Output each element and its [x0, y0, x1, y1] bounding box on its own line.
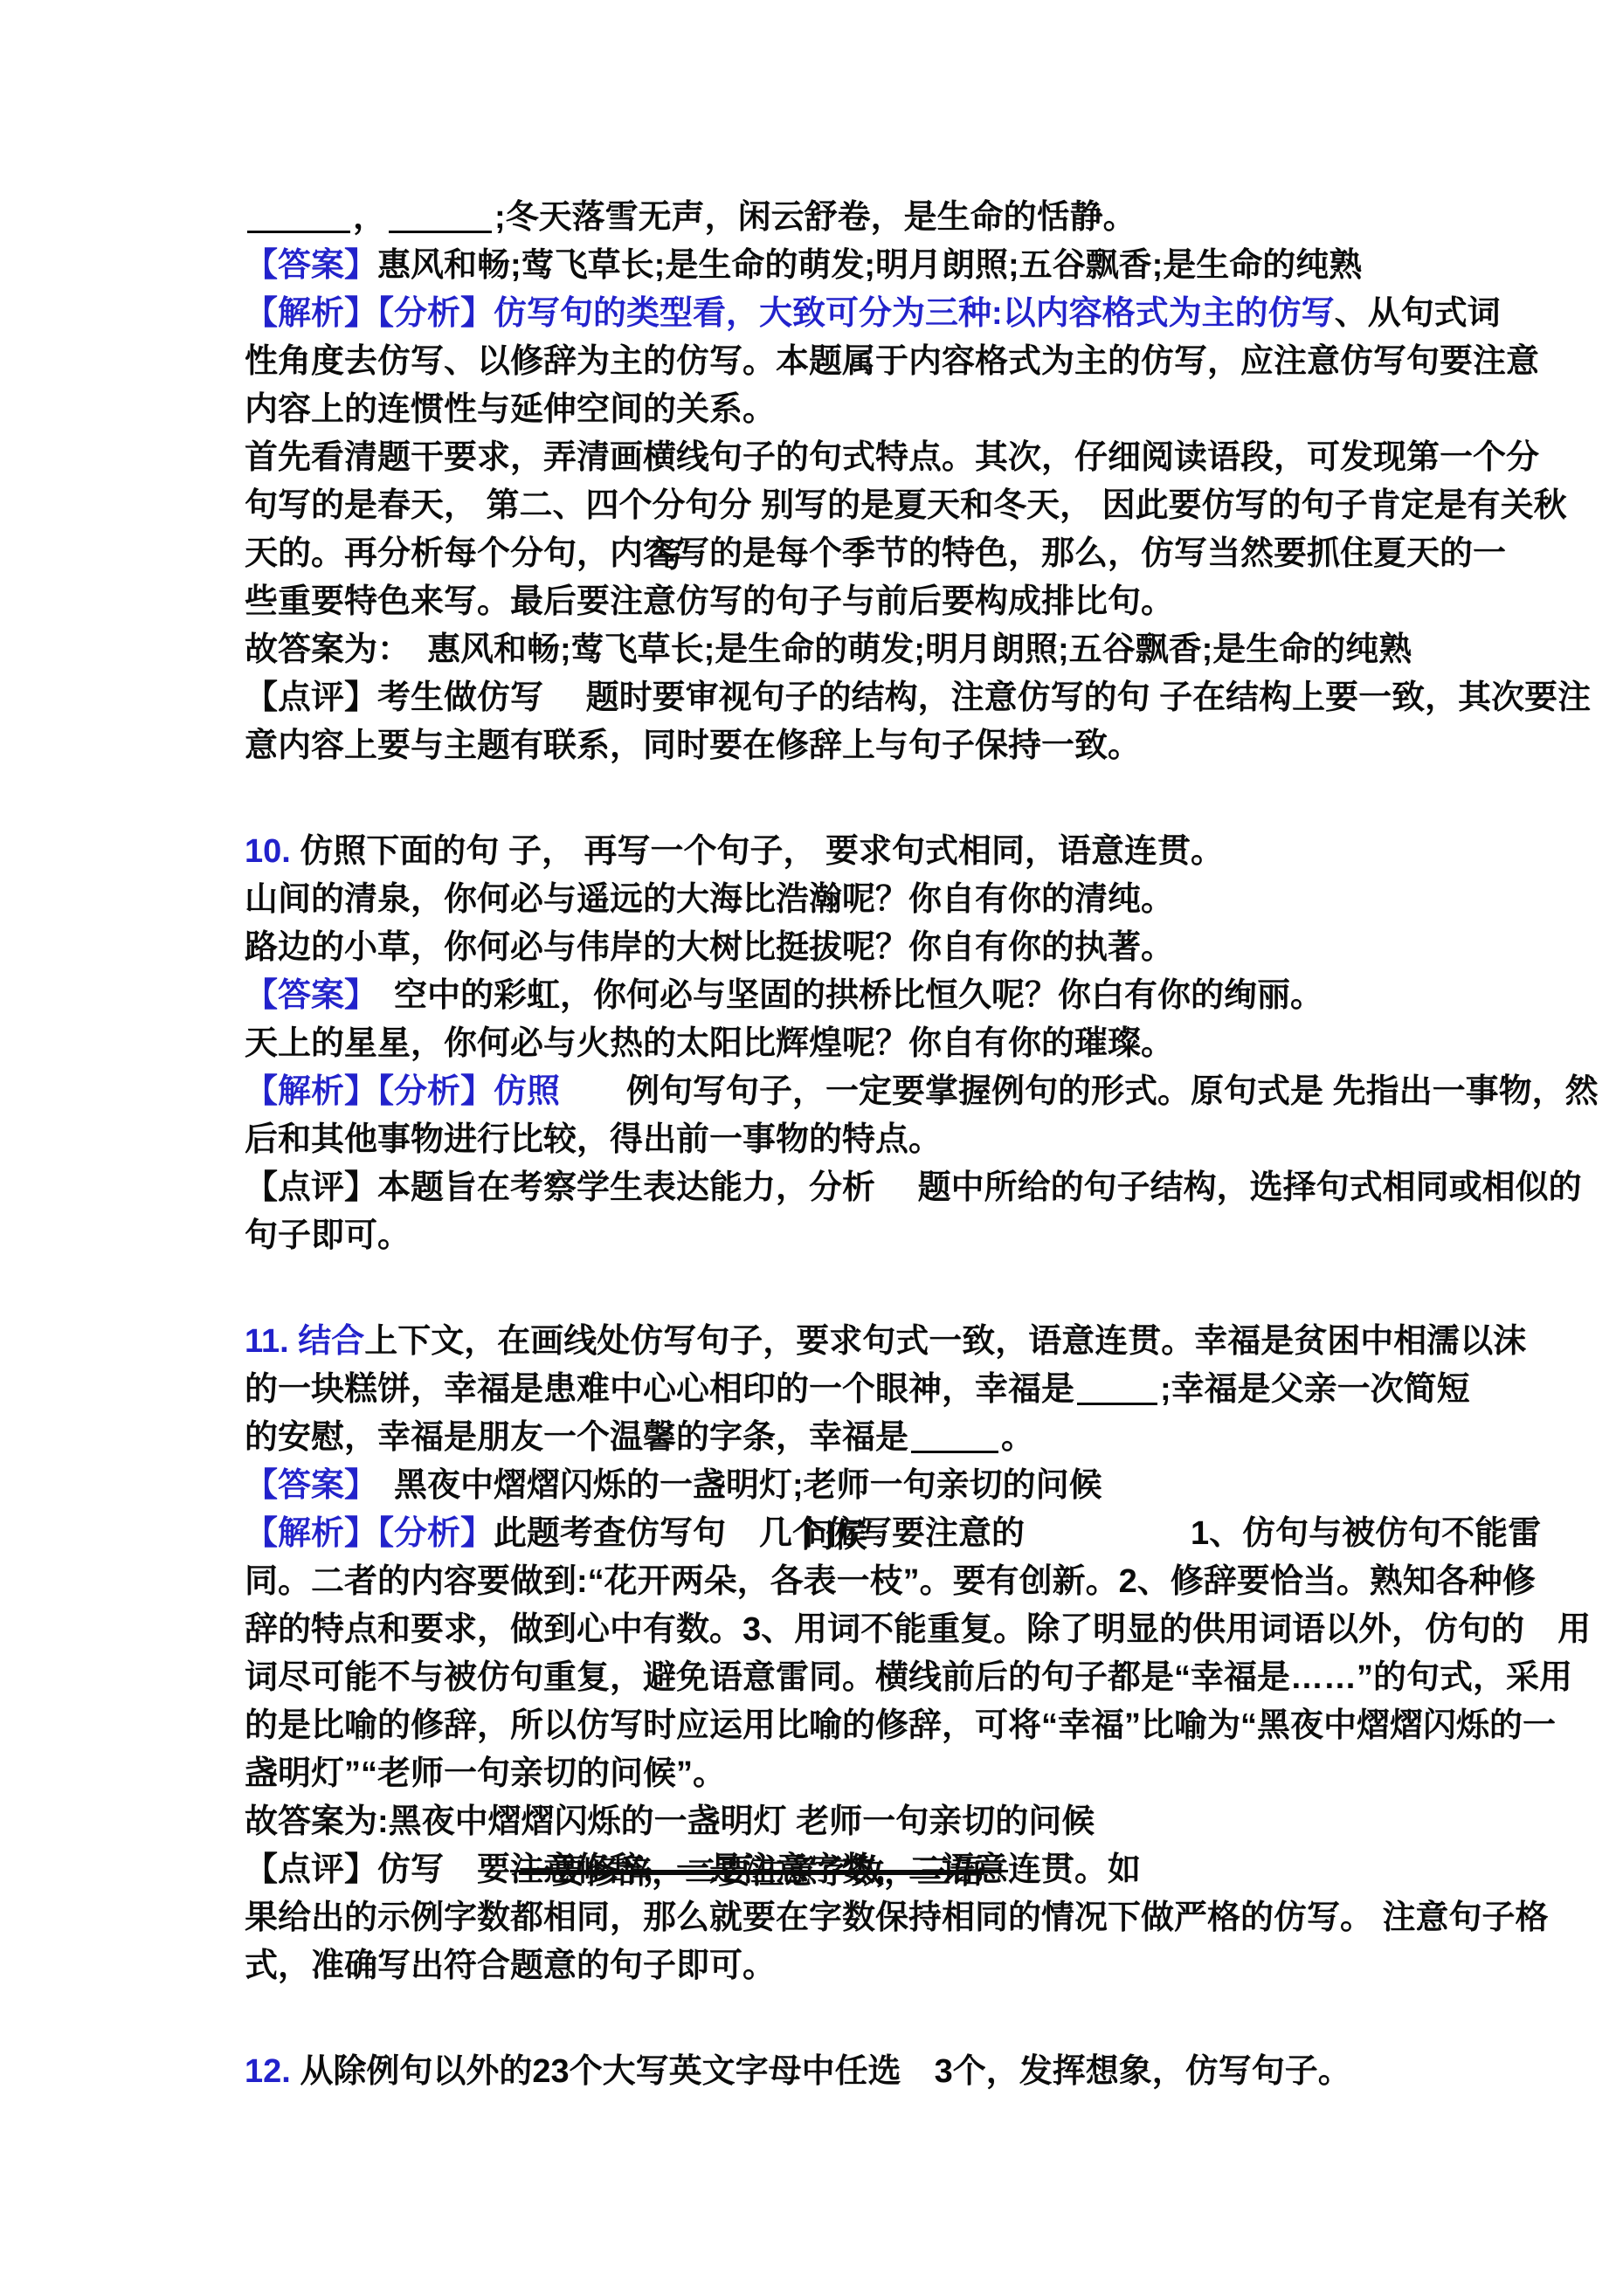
question-number: 12. [245, 2053, 291, 2090]
blank-underline [911, 1428, 998, 1453]
question-number: 11. 结合 [245, 1323, 364, 1360]
blank-underline [1077, 1380, 1157, 1405]
text-line: 内容上的连惯性与延伸空间的关系。 [245, 386, 1468, 434]
blank-underline [389, 208, 492, 233]
text-run: 仿照下面的句 子， 再写一个句子， 要求句式相同，语意连贯。 [291, 833, 1224, 870]
text-line: 的一块糕饼，幸福是患难中心心相印的一个眼神，幸福是;幸福是父亲一次简短 [245, 1366, 1468, 1414]
text-run: 的一块糕饼，幸福是患难中心心相印的一个眼神，幸福是 [245, 1371, 1074, 1408]
overlap-top-text: 问候 [801, 1513, 867, 1561]
text-line: 些重要特色来写。最后要注意仿写的句子与前后要构成排比句。 [245, 578, 1468, 626]
analysis-label: 【解析】【分析】仿照 [245, 1073, 560, 1110]
text-run: ;冬天落雪无声，闲云舒卷，是生命的恬静。 [494, 199, 1136, 236]
text-run: 句写的是春天， 第二、四个分句分 别写的是夏天和冬天， 因此要仿写的句子肯定是有… [245, 487, 1567, 524]
text-run: 上下文，在画线处仿写句子，要求句式一致，语意连贯。幸福是贫困中相濡以沫 [364, 1323, 1526, 1360]
text-line: 【点评】本题旨在考察学生表达能力，分析 题中所给的句子结构，选择句式相同或相似的 [245, 1164, 1468, 1212]
text-line: 的是比喻的修辞，所以仿写时应运用比喻的修辞，可将“幸福”比喻为“黑夜中熠熠闪烁的… [245, 1702, 1468, 1750]
analysis-label: 【解析】【分析】仿写句的类型看，大致可分为三种:以内容格式为主的仿写 [245, 295, 1335, 332]
text-line: 天上的星星，你何必与火热的太阳比辉煌呢？你自有你的璀璨。 [245, 1020, 1468, 1068]
text-run: 句子即可。 [245, 1217, 411, 1254]
garbled-overlap-text: 容写 [643, 530, 676, 578]
text-run: ;幸福是父亲一次简短 [1160, 1371, 1470, 1408]
text-run: 写要注意的 1、仿句与被仿句不能雷 [859, 1515, 1541, 1552]
text-run: 连贯。如 [1008, 1851, 1141, 1888]
text-run: 的是比喻的修辞，所以仿写时应运用比喻的修辞，可将“幸福”比喻为“黑夜中熠熠闪烁的… [245, 1707, 1556, 1744]
text-run: 意内容上要与主题有联系，同时要在修辞上与句子保持一致。 [245, 727, 1141, 764]
text-line: 天的。再分析每个分句，内容写写的是每个季节的特色，那么，仿写当然要抓住夏天的一 [245, 530, 1468, 578]
text-line: 山间的清泉，你何必与遥远的大海比浩瀚呢？你自有你的清纯。 [245, 876, 1468, 924]
text-line: 10. 仿照下面的句 子， 再写一个句子， 要求句式相同，语意连贯。 [245, 828, 1468, 876]
comment-label: 【点评】仿写 要 [245, 1851, 510, 1888]
text-line: 同。二者的内容要做到:“花开两朵，各表一枝”。要有创新。2、修辞要恰当。熟知各种… [245, 1558, 1468, 1606]
text-line: 【解析】【分析】仿写句的类型看，大致可分为三种:以内容格式为主的仿写、从句式词 [245, 290, 1468, 338]
document-body: ，;冬天落雪无声，闲云舒卷，是生命的恬静。【答案】惠风和畅;莺飞草长;是生命的萌… [245, 194, 1468, 2096]
text-run: 题时要审视句子的结构，注意仿写的句 子在结构上要一致，其次要注 [543, 679, 1591, 716]
analysis-label: 【解析】【分析】 [245, 1515, 494, 1552]
text-line: 词尽可能不与被仿句重复，避免语意雷同。横线前后的句子都是“幸福是……”的句式，采… [245, 1654, 1468, 1702]
text-run: 题中所给的句子结构，选择句式相同或相似的 [875, 1169, 1582, 1206]
text-line: 果给出的示例字数都相同，那么就要在字数保持相同的情况下做严格的仿写。 注意句子格 [245, 1894, 1468, 1942]
text-run: 内容上的连惯性与延伸空间的关系。 [245, 391, 776, 428]
text-run: 写的是每个季节的特色，那么，仿写当然要抓住夏天的一 [676, 535, 1506, 572]
text-line: 式，准确写出符合题意的句子即可。 [245, 1942, 1468, 1990]
answer-label: 【答案】 [245, 247, 377, 284]
text-line: 【解析】【分析】仿照 例句写句子，一定要掌握例句的形式。原句式是 先指出一事物，… [245, 1068, 1468, 1116]
text-run: 辞的特点和要求，做到心中有数。3、用词不能重复。除了明显的供用词语以外，仿句的 … [245, 1611, 1591, 1648]
text-line: 【答案】 空中的彩虹，你何必与坚固的拱桥比恒久呢？你白有你的绚丽。 [245, 972, 1468, 1020]
question-number: 10. [245, 833, 291, 870]
text-run: 、从句式词 [1335, 295, 1501, 332]
text-run: 例句写句子，一定要掌握例句的形式。原句式是 先指出一事物，然 [560, 1073, 1599, 1110]
text-line: 【答案】 黑夜中熠熠闪烁的一盏明灯;老师一句亲切的问候 [245, 1462, 1468, 1510]
text-run: 同。二者的内容要做到:“花开两朵，各表一枝”。要有创新。2、修辞要恰当。熟知各种… [245, 1563, 1536, 1600]
text-run: 的安慰，幸福是朋友一个温馨的字条，幸福是 [245, 1419, 908, 1456]
blank-underline [247, 208, 350, 233]
text-line: 辞的特点和要求，做到心中有数。3、用词不能重复。除了明显的供用词语以外，仿句的 … [245, 1606, 1468, 1654]
text-run: 些重要特色来写。最后要注意仿写的句子与前后要构成排比句。 [245, 583, 1174, 620]
text-run: 路边的小草，你何必与伟岸的大树比挺拔呢？你自有你的执著。 [245, 929, 1174, 966]
text-line: 意内容上要与主题有联系，同时要在修辞上与句子保持一致。 [245, 722, 1468, 770]
text-line: 11. 结合上下文，在画线处仿写句子，要求句式一致，语意连贯。幸福是贫困中相濡以… [245, 1318, 1468, 1366]
text-run: 盏明灯”“老师一句亲切的问候”。 [245, 1755, 726, 1792]
text-line: ，;冬天落雪无声，闲云舒卷，是生命的恬静。 [245, 194, 1468, 242]
comment-label: 【点评】本题旨在考察学生表达能力，分析 [245, 1169, 875, 1206]
text-run: 故答案为:黑夜中熠熠闪烁的一盏明灯 老师一句亲切的问候 [245, 1803, 1095, 1840]
text-line: 【点评】考生做仿写 题时要审视句子的结构，注意仿写的句 子在结构上要一致，其次要… [245, 674, 1468, 722]
answer-label: 【答案】 [245, 977, 361, 1014]
text-run: 山间的清泉，你何必与遥远的大海比浩瀚呢？你自有你的清纯。 [245, 881, 1174, 918]
text-line: 后和其他事物进行比较，得出前一事物的特点。 [245, 1116, 1468, 1164]
text-run: 天上的星星，你何必与火热的太阳比辉煌呢？你自有你的璀璨。 [245, 1025, 1174, 1062]
text-run: 性角度去仿写、以修辞为主的仿写。本题属于内容格式为主的仿写，应注意仿写句要注意 [245, 343, 1539, 380]
text-run: 果给出的示例字数都相同，那么就要在字数保持相同的情况下做严格的仿写。 注意句子格 [245, 1900, 1549, 1936]
text-run: 惠风和畅;莺飞草长;是生命的萌发;明月朗照;五谷飘香;是生命的纯熟 [377, 247, 1362, 284]
text-run: 。 [1001, 1419, 1034, 1456]
text-run: 天的。再分析每个分句，内 [245, 535, 643, 572]
text-run: 首先看清题干要求，弄清画横线句子的句式特点。其次，仔细阅读语段，可发现第一个分 [245, 439, 1539, 476]
text-run: 式，准确写出符合题意的句子即可。 [245, 1948, 776, 1984]
text-line: 故答案为： 惠风和畅;莺飞草长;是生命的萌发;明月朗照;五谷飘香;是生命的纯熟 [245, 626, 1468, 674]
garbled-overlap-text: 个仿问候 [792, 1510, 859, 1558]
text-line: 首先看清题干要求，弄清画横线句子的句式特点。其次，仔细阅读语段，可发现第一个分 [245, 434, 1468, 482]
garbled-overlap-text: 注意修辞，一是注意字数，二语意一要修辞，二要注意字数，三语 [510, 1846, 1008, 1894]
text-line: 句子即可。 [245, 1212, 1468, 1260]
text-line: 12. 从除例句以外的23个大写英文字母中任选 3个，发挥想象，仿写句子。 [245, 2048, 1468, 2096]
text-line: 【答案】惠风和畅;莺飞草长;是生命的萌发;明月朗照;五谷飘香;是生命的纯熟 [245, 242, 1468, 290]
text-line: 句写的是春天， 第二、四个分句分 别写的是夏天和冬天， 因此要仿写的句子肯定是有… [245, 482, 1468, 530]
text-run: 从除例句以外的23个大写英文字母中任选 3个，发挥想象，仿写句子。 [291, 2053, 1351, 2090]
text-run: 此题考查仿写句 几 [494, 1515, 792, 1552]
text-line: 故答案为:黑夜中熠熠闪烁的一盏明灯 老师一句亲切的问候 [245, 1798, 1468, 1846]
text-run: 词尽可能不与被仿句重复，避免语意雷同。横线前后的句子都是“幸福是……”的句式，采… [245, 1659, 1572, 1696]
text-line: 的安慰，幸福是朋友一个温馨的字条，幸福是。 [245, 1414, 1468, 1462]
answer-label: 【答案】 [245, 1467, 361, 1504]
overlap-top-text: 写 [652, 533, 685, 581]
page: ，;冬天落雪无声，闲云舒卷，是生命的恬静。【答案】惠风和畅;莺飞草长;是生命的萌… [0, 0, 1623, 2296]
text-line: 性角度去仿写、以修辞为主的仿写。本题属于内容格式为主的仿写，应注意仿写句要注意 [245, 338, 1468, 386]
text-run: 后和其他事物进行比较，得出前一事物的特点。 [245, 1121, 942, 1158]
text-line: 【解析】【分析】此题考查仿写句 几个仿问候写要注意的 1、仿句与被仿句不能雷 [245, 1510, 1468, 1558]
text-run: ， [353, 199, 386, 236]
text-run: 黑夜中熠熠闪烁的一盏明灯;老师一句亲切的问候 [361, 1467, 1102, 1504]
text-line: 路边的小草，你何必与伟岸的大树比挺拔呢？你自有你的执著。 [245, 924, 1468, 972]
text-run: 空中的彩虹，你何必与坚固的拱桥比恒久呢？你白有你的绚丽。 [361, 977, 1323, 1014]
overlap-top-text: 一要修辞，二要注意字数，三语 [519, 1849, 984, 1897]
comment-label: 【点评】考生做仿写 [245, 679, 543, 716]
text-run: 故答案为： 惠风和畅;莺飞草长;是生命的萌发;明月朗照;五谷飘香;是生命的纯熟 [245, 631, 1412, 668]
text-line: 【点评】仿写 要注意修辞，一是注意字数，二语意一要修辞，二要注意字数，三语连贯。… [245, 1846, 1468, 1894]
text-line: 盏明灯”“老师一句亲切的问候”。 [245, 1750, 1468, 1798]
